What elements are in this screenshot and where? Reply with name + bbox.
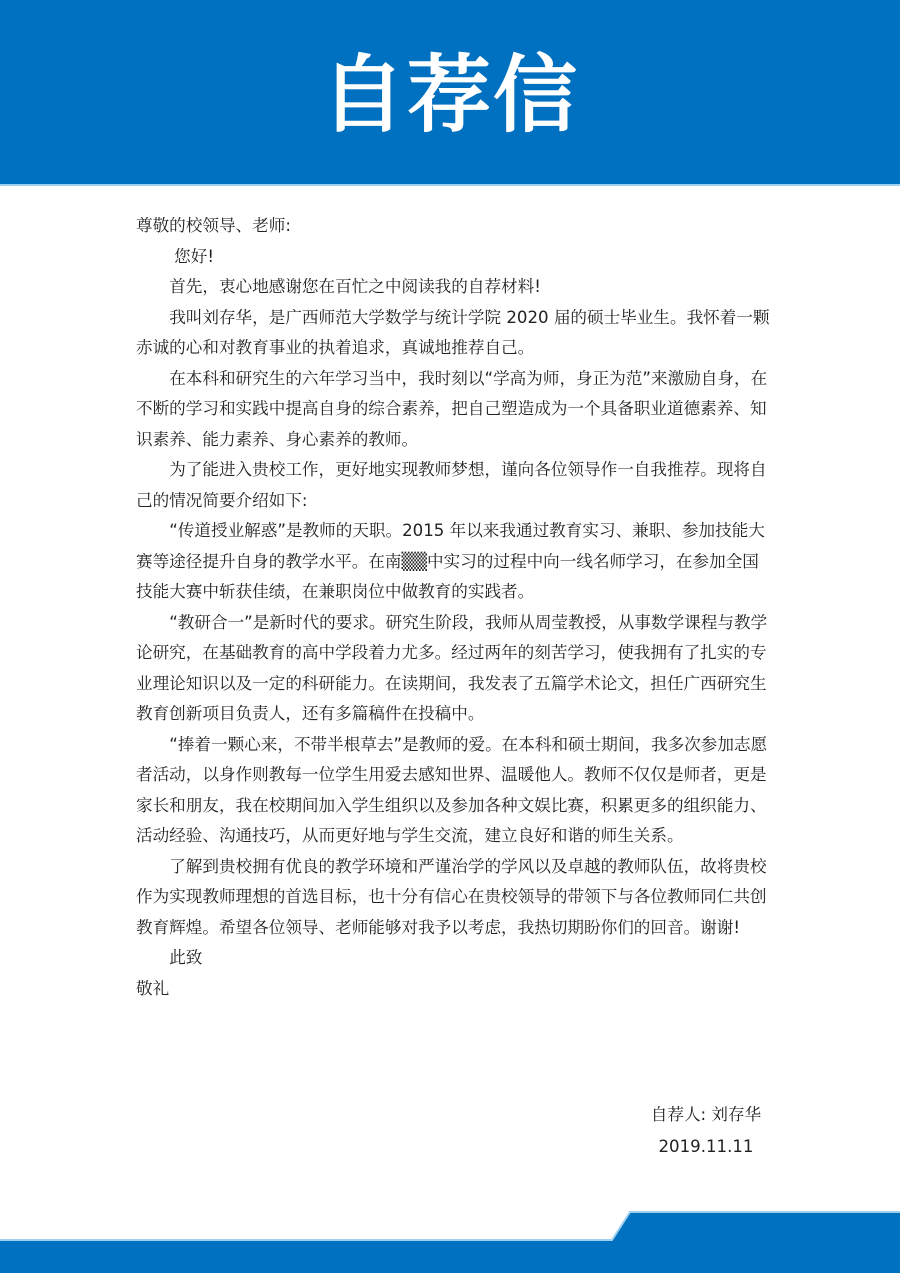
header-divider (0, 184, 900, 186)
paragraph-study: 在本科和研究生的六年学习当中，我时刻以“学高为师，身正为范”来激励自身，在不断的… (136, 364, 771, 456)
signature-name: 自荐人: 刘存华 (636, 1099, 776, 1131)
paragraph-conclusion: 了解到贵校拥有优良的教学环境和严谨治学的学风以及卓越的教师队伍，故将贵校作为实现… (136, 852, 771, 944)
paragraph-love: “捧着一颗心来，不带半根草去”是教师的爱。在本科和硕士期间，我多次参加志愿者活动… (136, 730, 771, 852)
page-title: 自荐信 (321, 28, 579, 149)
salutation: 尊敬的校领导、老师: (136, 211, 771, 242)
closing-line-2: 敬礼 (136, 974, 771, 1005)
paragraph-purpose: 为了能进入贵校工作，更好地实现教师梦想，谨向各位领导作一自我推荐。现将自己的情况… (136, 455, 771, 516)
signature-block: 自荐人: 刘存华 2019.11.11 (636, 1099, 776, 1163)
closing-line-1: 此致 (136, 943, 771, 974)
paragraph-teaching: “传道授业解惑”是教师的天职。2015 年以来我通过教育实习、兼职、参加技能大赛… (136, 516, 771, 608)
letter-body: 尊敬的校领导、老师: 您好! 首先，衷心地感谢您在百忙之中阅读我的自荐材料! 我… (136, 211, 771, 1004)
paragraph-thanks: 首先，衷心地感谢您在百忙之中阅读我的自荐材料! (136, 272, 771, 303)
header-banner: 自荐信 (0, 0, 900, 184)
signature-date: 2019.11.11 (636, 1131, 776, 1163)
paragraph-research: “教研合一”是新时代的要求。研究生阶段，我师从周莹教授，从事数学课程与教学论研究… (136, 608, 771, 730)
footer-decoration (0, 1200, 900, 1273)
paragraph-intro: 我叫刘存华，是广西师范大学数学与统计学院 2020 届的硕士毕业生。我怀着一颗赤… (136, 303, 771, 364)
greeting: 您好! (136, 242, 771, 273)
